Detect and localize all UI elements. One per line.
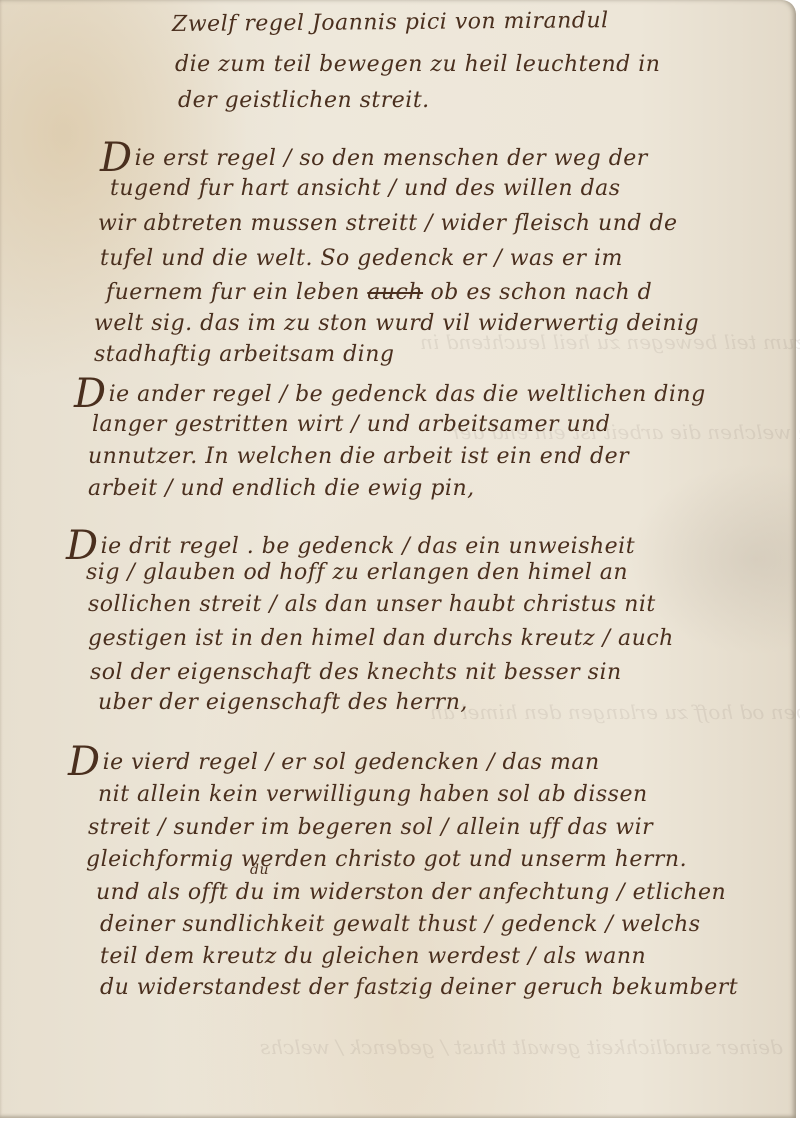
rule-line: sig / glauben od hoff zu erlangen den hi…: [86, 560, 628, 585]
bleed-through-text: deiner sundlichkeit gewalt thust / geden…: [260, 1035, 783, 1059]
rule-text: ie erst regel / so den menschen der weg …: [135, 146, 648, 171]
rule-text: ie drit regel . be gedenck / das ein unw…: [101, 534, 635, 559]
rule-line: arbeit / und endlich die ewig pin,: [88, 476, 475, 501]
heading-line: der geistlichen streit.: [178, 88, 430, 113]
rule-line: Die vierd regel / er sol gedencken / das…: [68, 742, 600, 782]
rule-line: streit / sunder im begeren sol / allein …: [88, 815, 653, 840]
rule-line: deiner sundlichkeit gewalt thust / geden…: [100, 912, 701, 937]
interlinear-note: du: [250, 862, 269, 878]
initial-letter: D: [100, 135, 133, 181]
bleed-through-text: sig / glauben od hoff zu erlangen den hi…: [430, 700, 800, 724]
rule-line: du widerstandest der fastzig deiner geru…: [100, 975, 738, 1000]
rule-line: uber der eigenschaft des herrn,: [98, 690, 468, 715]
rule-text: fuernem fur ein leben: [106, 280, 360, 305]
rule-text: ie vierd regel / er sol gedencken / das …: [103, 750, 600, 775]
rule-line: tugend fur hart ansicht / und des willen…: [110, 176, 621, 201]
rule-line: stadhaftig arbeitsam ding: [94, 342, 394, 367]
struck-word: auch: [367, 280, 423, 305]
rule-line: und als offt du im widerston der anfecht…: [96, 880, 726, 905]
rule-line: sollichen streit / als dan unser haubt c…: [88, 592, 656, 617]
initial-letter: D: [74, 371, 107, 417]
rule-line: gestigen ist in den himel dan durchs kre…: [88, 626, 674, 651]
rule-line: teil dem kreutz du gleichen werdest / al…: [100, 944, 646, 969]
rule-text: ie ander regel / be gedenck das die welt…: [109, 382, 706, 407]
rule-line: welt sig. das im zu ston wurd vil widerw…: [94, 311, 699, 336]
rule-line: sol der eigenschaft des knechts nit bess…: [90, 660, 622, 685]
rule-text: ob es schon nach d: [431, 280, 653, 305]
heading-line: Zwelf regel Joannis pici von mirandul: [172, 8, 609, 37]
rule-line: langer gestritten wirt / und arbeitsamer…: [92, 412, 610, 437]
rule-line: Die erst regel / so den menschen der weg…: [100, 138, 648, 178]
manuscript-page: die zum teil bewegen zu heil leuchtend i…: [0, 0, 796, 1118]
initial-letter: D: [68, 739, 101, 785]
rule-line: fuernem fur ein leben auch ob es schon n…: [106, 280, 652, 305]
rule-line: Die ander regel / be gedenck das die wel…: [74, 374, 706, 414]
heading-line: die zum teil bewegen zu heil leuchtend i…: [175, 52, 660, 77]
rule-line: wir abtreten mussen streitt / wider flei…: [98, 211, 678, 236]
rule-line: gleichformig werden christo got und unse…: [86, 847, 687, 872]
rule-line: nit allein kein verwilligung haben sol a…: [98, 782, 648, 807]
rule-line: unnutzer. In welchen die arbeit ist ein …: [88, 444, 629, 469]
rule-line: tufel und die welt. So gedenck er / was …: [100, 246, 623, 271]
